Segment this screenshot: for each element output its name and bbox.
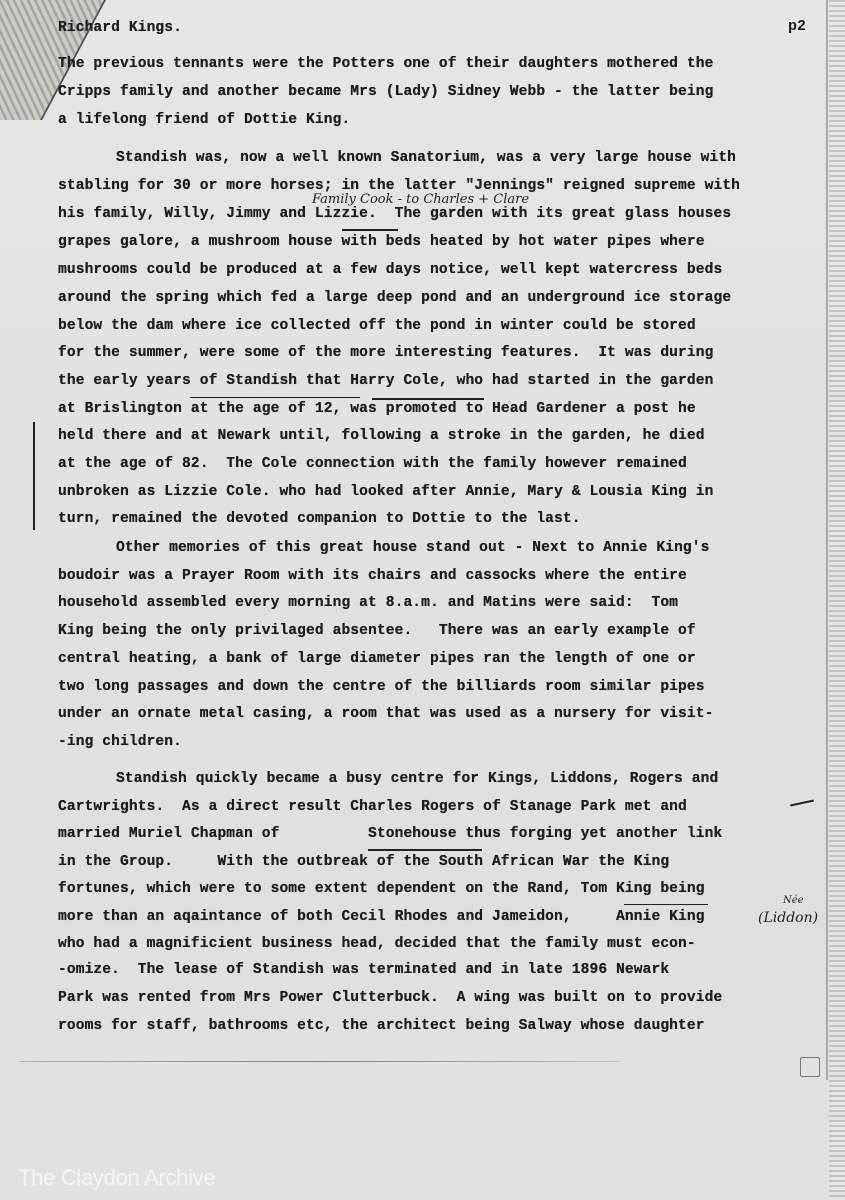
text-line: central heating, a bank of large diamete…	[58, 651, 696, 667]
text-line: mushrooms could be produced at a few day…	[58, 262, 722, 278]
text-line: rooms for staff, bathrooms etc, the arch…	[58, 1018, 705, 1034]
binding-edge	[829, 0, 845, 1200]
text-line: -ing children.	[58, 734, 182, 750]
underline-tom-king	[624, 904, 708, 905]
underline-lizzie	[342, 229, 398, 231]
text-line: two long passages and down the centre of…	[58, 679, 705, 695]
text-line: King being the only privilaged absentee.…	[58, 623, 696, 639]
page-number: p2	[788, 18, 806, 35]
text-line: -omize. The lease of Standish was termin…	[58, 962, 669, 978]
text-line: Cartwrights. As a direct result Charles …	[58, 799, 687, 815]
text-line: his family, Willy, Jimmy and Lizzie. The…	[58, 206, 731, 222]
arrow-standish-brislington	[190, 397, 360, 398]
text-line: more than an aqaintance of both Cecil Rh…	[58, 909, 705, 925]
handwritten-note-family-cook: Family Cook - to Charles + Clare	[312, 192, 529, 207]
text-line: below the dam where ice collected off th…	[58, 318, 696, 334]
text-line: Park was rented from Mrs Power Clutterbu…	[58, 990, 722, 1006]
text-line: held there and at Newark until, followin…	[58, 428, 705, 444]
text-line: unbroken as Lizzie Cole. who had looked …	[58, 484, 713, 500]
text-line: fortunes, which were to some extent depe…	[58, 881, 705, 897]
text-line: the early years of Standish that Harry C…	[58, 373, 713, 389]
text-line: Cripps family and another became Mrs (La…	[58, 84, 713, 100]
text-line: turn, remained the devoted companion to …	[58, 511, 581, 527]
text-line: for the summer, were some of the more in…	[58, 345, 713, 361]
underline-harry-cole	[372, 398, 484, 400]
document-header: Richard Kings.	[58, 20, 182, 36]
page-rule	[20, 1061, 620, 1062]
text-line: at Brislington at the age of 12, was pro…	[58, 401, 696, 417]
text-line: Standish was, now a well known Sanatoriu…	[116, 150, 736, 166]
handwritten-note-nee: Née	[783, 895, 804, 906]
watermark: The Claydon Archive	[18, 1165, 215, 1191]
binding-line	[826, 0, 828, 1080]
text-line: boudoir was a Prayer Room with its chair…	[58, 568, 687, 584]
text-line: household assembled every morning at 8.a…	[58, 595, 678, 611]
text-line: Standish quickly became a busy centre fo…	[116, 771, 718, 787]
margin-bracket	[33, 422, 35, 530]
text-line: around the spring which fed a large deep…	[58, 290, 731, 306]
text-line: married Muriel Chapman of Stonehouse thu…	[58, 826, 722, 842]
text-line: at the age of 82. The Cole connection wi…	[58, 456, 687, 472]
underline-cecil-rhodes	[368, 849, 482, 851]
handwritten-note-liddon: (Liddon)	[758, 910, 818, 926]
text-line: a lifelong friend of Dottie King.	[58, 112, 350, 128]
text-line: under an ornate metal casing, a room tha…	[58, 706, 713, 722]
text-line: grapes galore, a mushroom house with bed…	[58, 234, 705, 250]
text-line: The previous tennants were the Potters o…	[58, 56, 713, 72]
text-line: who had a magnificient business head, de…	[58, 936, 696, 952]
text-line: Other memories of this great house stand…	[116, 540, 709, 556]
checkbox-mark	[800, 1057, 820, 1077]
text-line: in the Group. With the outbreak of the S…	[58, 854, 669, 870]
